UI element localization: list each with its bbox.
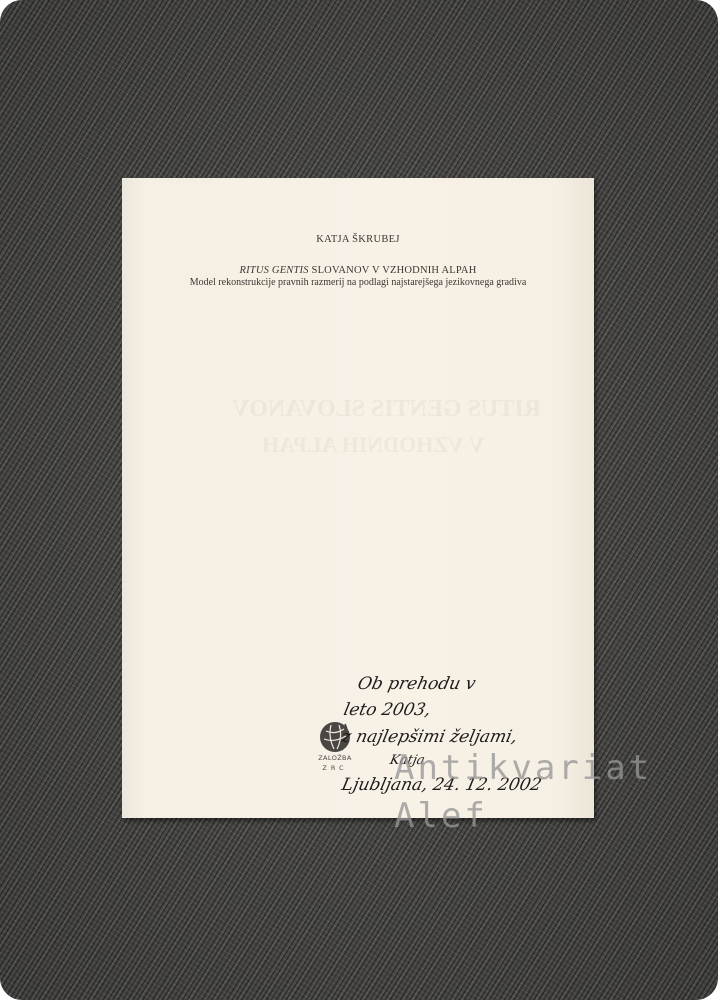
author-name: KATJA ŠKRUBEJ (122, 234, 594, 245)
watermark-line1: Antikvariat (394, 748, 652, 788)
publisher-name-line1: ZALOŽBA (317, 754, 353, 762)
show-through-text-line2: V VZHODNIH ALPAH (262, 432, 484, 458)
show-through-text-line1: RITUS GENTIS SLOVANOV (232, 396, 541, 423)
inscription-line2: leto 2003, (342, 700, 433, 720)
publisher-name-line2: ZRC (317, 764, 353, 772)
book-title-page: RITUS GENTIS SLOVANOV V VZHODNIH ALPAH K… (122, 178, 594, 818)
watermark-line2: Alef (394, 796, 488, 836)
book-subtitle: Model rekonstrukcije pravnih razmerij na… (122, 277, 594, 288)
book-title: RITUS GENTIS SLOVANOV V VZHODNIH ALPAH (122, 265, 594, 276)
book-title-rest: SLOVANOV V VZHODNIH ALPAH (309, 265, 477, 276)
book-title-italic: RITUS GENTIS (240, 265, 309, 276)
inscription-line1: Ob prehodu v (356, 674, 478, 694)
inscription-line3: z najlepšimi željami, (340, 727, 519, 747)
